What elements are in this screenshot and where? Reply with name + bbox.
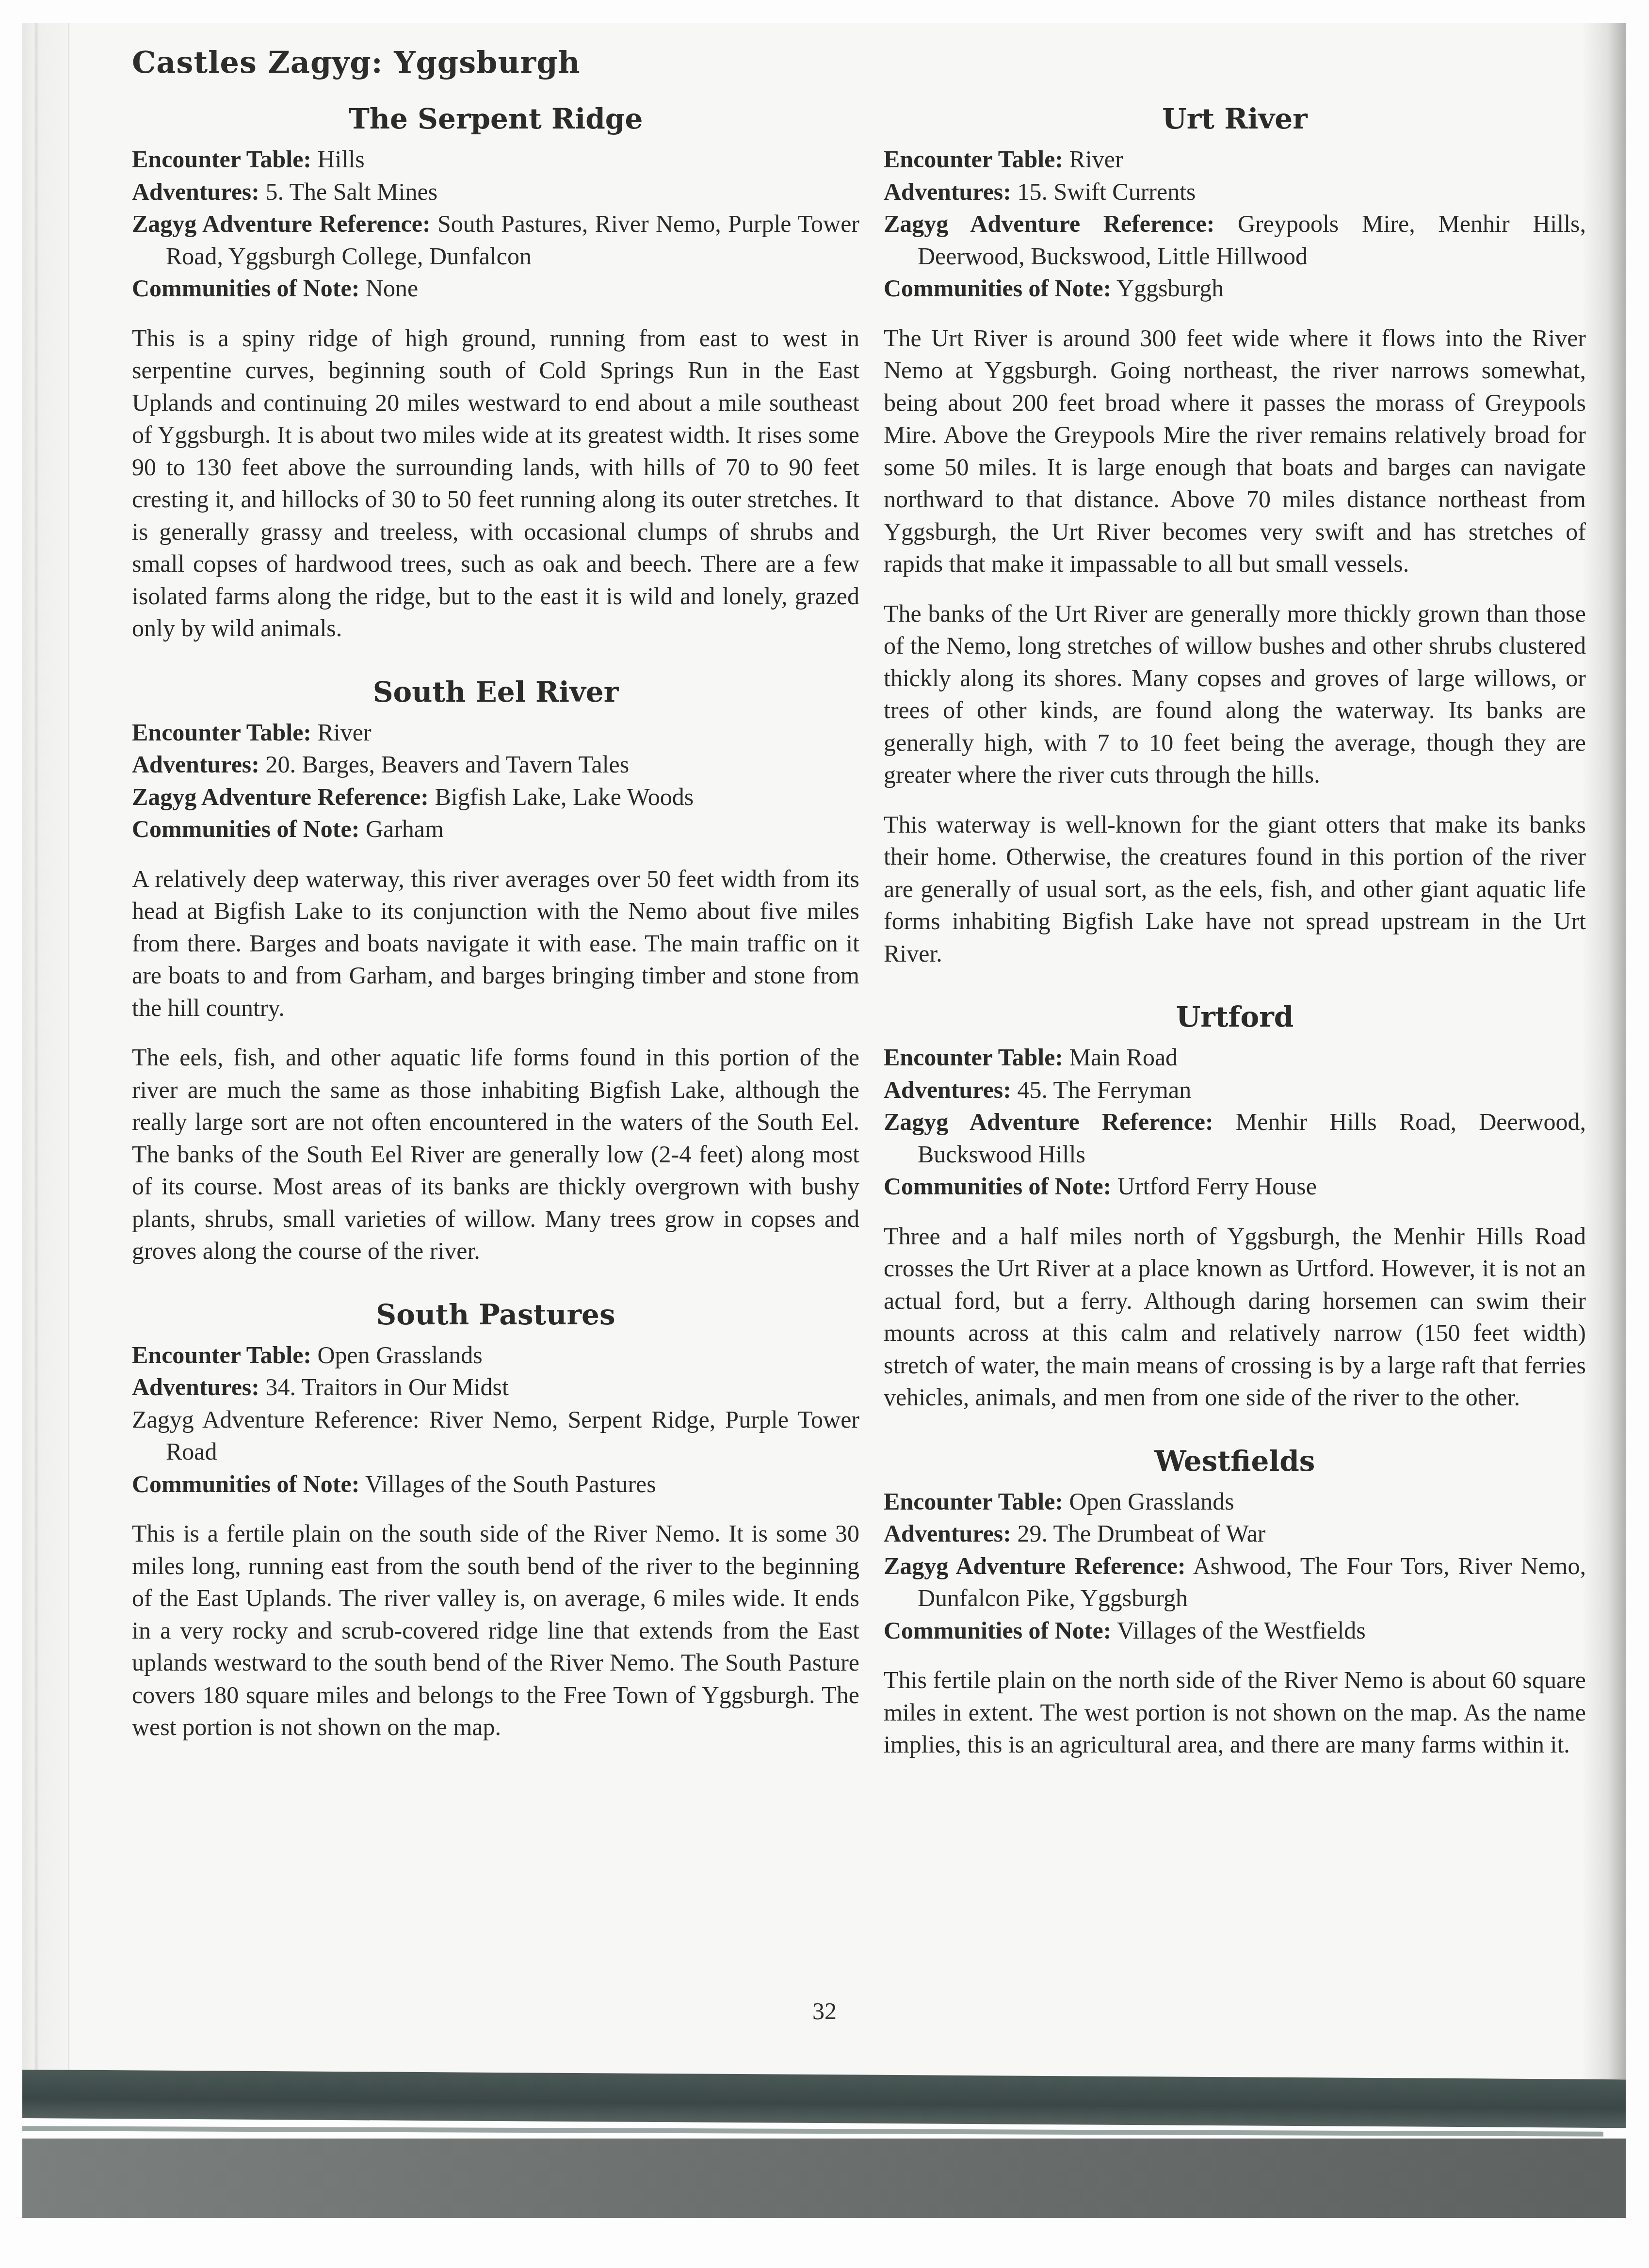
communities-line: Communities of Note: Yggsburgh	[884, 272, 1586, 305]
section-urtford: Urtford Encounter Table: Main Road Adven…	[884, 997, 1586, 1414]
right-column: Urt River Encounter Table: River Adventu…	[884, 99, 1586, 1789]
adventures-label: Adventures:	[884, 1520, 1011, 1547]
adventures-value: 29. The Drumbeat of War	[1017, 1520, 1265, 1547]
zagyg-reference-line: Zagyg Adventure Reference: South Pasture…	[132, 208, 859, 272]
encounter-table-label: Encounter Table:	[132, 145, 311, 173]
encounter-table-value: Hills	[318, 145, 365, 173]
section-urt-river: Urt River Encounter Table: River Adventu…	[884, 99, 1586, 969]
communities-label: Communities of Note:	[132, 815, 359, 842]
adventures-value: 15. Swift Currents	[1017, 178, 1196, 205]
communities-line: Communities of Note: Villages of the Sou…	[132, 1468, 859, 1500]
adventures-value: 45. The Ferryman	[1017, 1076, 1191, 1103]
section-title: The Serpent Ridge	[132, 99, 859, 138]
communities-label: Communities of Note:	[884, 274, 1111, 302]
adventures-line: Adventures: 29. The Drumbeat of War	[884, 1517, 1586, 1550]
section-meta: Encounter Table: River Adventures: 20. B…	[132, 716, 859, 845]
body-paragraph: The banks of the Urt River are generally…	[884, 597, 1586, 791]
page-curl-shadow	[1581, 23, 1626, 2079]
zagyg-reference-label: Zagyg Adventure Reference:	[132, 783, 429, 810]
body-paragraph: This waterway is well-known for the gian…	[884, 808, 1586, 970]
zagyg-reference-label: Zagyg Adventure Reference:	[132, 210, 431, 237]
encounter-table-label: Encounter Table:	[132, 1341, 311, 1368]
adventures-value: 20. Barges, Beavers and Tavern Tales	[265, 751, 629, 778]
section-meta: Encounter Table: Main Road Adventures: 4…	[884, 1041, 1586, 1203]
adventures-label: Adventures:	[132, 178, 259, 205]
zagyg-reference-line: Zagyg Adventure Reference: Ashwood, The …	[884, 1550, 1586, 1614]
section-westfields: Westfields Encounter Table: Open Grassla…	[884, 1442, 1586, 1761]
adventures-label: Adventures:	[132, 1373, 259, 1400]
body-paragraph: This is a fertile plain on the south sid…	[132, 1517, 859, 1743]
binding-edge	[22, 23, 69, 2076]
body-paragraph: This fertile plain on the north side of …	[884, 1664, 1586, 1761]
encounter-table-value: River	[318, 719, 372, 746]
section-meta: Encounter Table: River Adventures: 15. S…	[884, 143, 1586, 305]
encounter-table-line: Encounter Table: River	[132, 716, 859, 749]
encounter-table-label: Encounter Table:	[884, 145, 1063, 173]
encounter-table-line: Encounter Table: Open Grasslands	[132, 1339, 859, 1371]
page-number: 32	[805, 1997, 844, 2025]
communities-label: Communities of Note:	[132, 1470, 359, 1497]
scanner-edge-highlight	[22, 2126, 1603, 2136]
communities-value: Villages of the Westfields	[1117, 1617, 1366, 1644]
zagyg-reference-label: Zagyg Adventure Reference:	[884, 210, 1214, 237]
encounter-table-line: Encounter Table: Open Grasslands	[884, 1485, 1586, 1518]
communities-value: None	[366, 274, 418, 302]
encounter-table-label: Encounter Table:	[884, 1488, 1063, 1515]
section-meta: Encounter Table: Hills Adventures: 5. Th…	[132, 143, 859, 305]
communities-line: Communities of Note: None	[132, 272, 859, 305]
body-paragraph: The Urt River is around 300 feet wide wh…	[884, 322, 1586, 580]
section-title: South Pastures	[132, 1295, 859, 1334]
body-paragraph: The eels, fish, and other aquatic life f…	[132, 1041, 859, 1267]
communities-line: Communities of Note: Villages of the Wes…	[884, 1614, 1586, 1647]
communities-label: Communities of Note:	[132, 274, 359, 302]
communities-label: Communities of Note:	[884, 1173, 1111, 1200]
section-title: Urt River	[884, 99, 1586, 138]
body-paragraph: Three and a half miles north of Yggsburg…	[884, 1220, 1586, 1414]
encounter-table-line: Encounter Table: River	[884, 143, 1586, 176]
body-paragraph: A relatively deep waterway, this river a…	[132, 863, 859, 1024]
adventures-line: Adventures: 34. Traitors in Our Midst	[132, 1371, 859, 1403]
section-title: Westfields	[884, 1442, 1586, 1480]
section-serpent-ridge: The Serpent Ridge Encounter Table: Hills…	[132, 99, 859, 644]
encounter-table-label: Encounter Table:	[132, 719, 311, 746]
encounter-table-value: River	[1069, 145, 1123, 173]
adventures-value: 5. The Salt Mines	[265, 178, 437, 205]
zagyg-reference-line: Zagyg Adventure Reference: Menhir Hills …	[884, 1106, 1586, 1170]
communities-label: Communities of Note:	[884, 1617, 1111, 1644]
body-paragraph: This is a spiny ridge of high ground, ru…	[132, 322, 859, 644]
scanner-bed	[22, 2139, 1626, 2218]
section-south-eel-river: South Eel River Encounter Table: River A…	[132, 673, 859, 1267]
communities-line: Communities of Note: Urtford Ferry House	[884, 1170, 1586, 1203]
section-title: South Eel River	[132, 673, 859, 711]
section-south-pastures: South Pastures Encounter Table: Open Gra…	[132, 1295, 859, 1743]
zagyg-reference-line: Zagyg Adventure Reference: Greypools Mir…	[884, 208, 1586, 272]
zagyg-reference-label: Zagyg Adventure Reference:	[884, 1552, 1186, 1579]
adventures-line: Adventures: 15. Swift Currents	[884, 176, 1586, 208]
communities-value: Garham	[366, 815, 444, 842]
running-header: Castles Zagyg: Yggsburgh	[132, 45, 581, 80]
zagyg-reference-value: Bigfish Lake, Lake Woods	[435, 783, 694, 810]
adventures-label: Adventures:	[132, 751, 259, 778]
adventures-line: Adventures: 20. Barges, Beavers and Tave…	[132, 748, 859, 781]
left-column: The Serpent Ridge Encounter Table: Hills…	[132, 99, 859, 1771]
communities-line: Communities of Note: Garham	[132, 813, 859, 845]
zagyg-reference-label: Zagyg Adventure Reference:	[884, 1108, 1213, 1135]
adventures-label: Adventures:	[884, 178, 1011, 205]
encounter-table-line: Encounter Table: Hills	[132, 143, 859, 176]
scanner-edge-band	[22, 2070, 1626, 2128]
encounter-table-label: Encounter Table:	[884, 1044, 1063, 1071]
zagyg-reference-label: Zagyg Adventure Reference:	[132, 1406, 420, 1433]
adventures-value: 34. Traitors in Our Midst	[265, 1373, 508, 1400]
communities-value: Urtford Ferry House	[1117, 1173, 1317, 1200]
encounter-table-value: Open Grasslands	[1069, 1488, 1234, 1515]
adventures-line: Adventures: 5. The Salt Mines	[132, 176, 859, 208]
adventures-line: Adventures: 45. The Ferryman	[884, 1074, 1586, 1106]
adventures-label: Adventures:	[884, 1076, 1011, 1103]
section-title: Urtford	[884, 997, 1586, 1036]
communities-value: Yggsburgh	[1116, 274, 1224, 302]
encounter-table-value: Main Road	[1069, 1044, 1178, 1071]
encounter-table-line: Encounter Table: Main Road	[884, 1041, 1586, 1074]
section-meta: Encounter Table: Open Grasslands Adventu…	[132, 1339, 859, 1500]
zagyg-reference-line: Zagyg Adventure Reference: River Nemo, S…	[132, 1403, 859, 1468]
communities-value: Villages of the South Pastures	[365, 1470, 656, 1497]
section-meta: Encounter Table: Open Grasslands Adventu…	[884, 1485, 1586, 1647]
zagyg-reference-line: Zagyg Adventure Reference: Bigfish Lake,…	[132, 781, 859, 813]
encounter-table-value: Open Grasslands	[318, 1341, 483, 1368]
